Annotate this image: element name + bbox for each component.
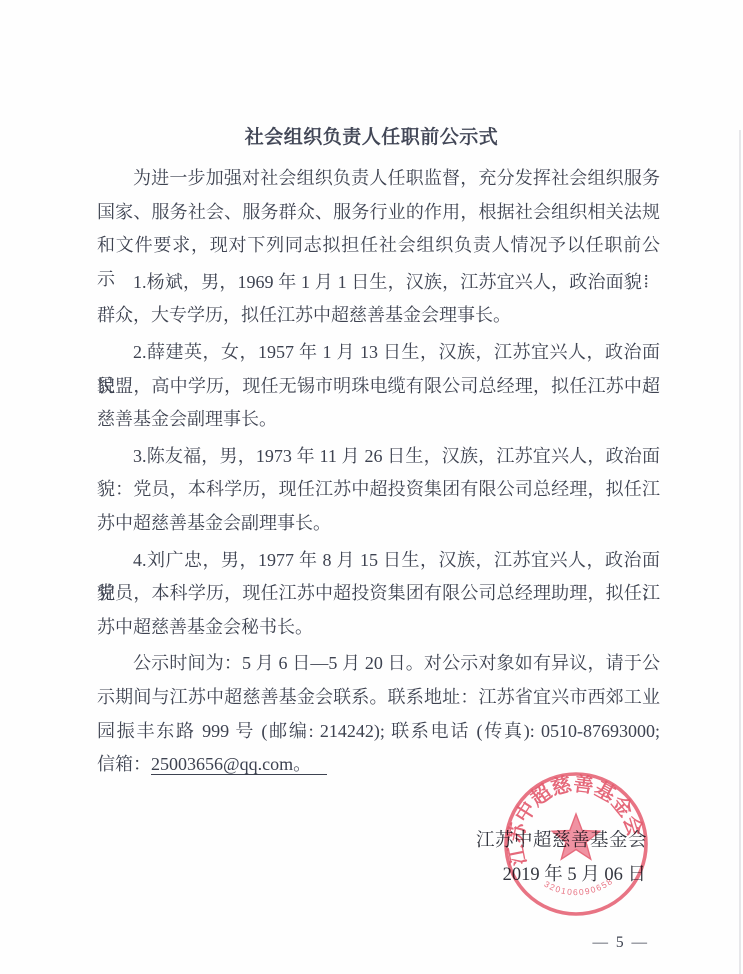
text-line: 3.陈友福，男，1973 年 11 月 26 日生，汉族，江苏宜兴人，政治面: [97, 440, 660, 474]
text-line: 貌：党员，本科学历，现任江苏中超投资集团有限公司总经理，拟任江: [97, 473, 660, 507]
text-line: 苏中超慈善基金会秘书长。: [97, 611, 660, 645]
email-label: 信箱：: [97, 754, 151, 774]
scanned-document-page: 社会组织负责人任职前公示式 为进一步加强对社会组织负责人任职监督，充分发挥社会组…: [0, 0, 743, 974]
seal-serial-number: 320106090658: [543, 875, 616, 897]
document-body: 为进一步加强对社会组织负责人任职监督，充分发挥社会组织服务 国家、服务社会、服务…: [97, 162, 660, 785]
text-line: 慈善基金会副理事长。: [97, 403, 660, 437]
official-red-seal: 江苏中超慈善基金会 320106090658: [493, 761, 659, 927]
text-line: 苏中超慈善基金会副理事长。: [97, 507, 660, 541]
text-line: 2.薛建英，女，1957 年 1 月 13 日生，汉族，江苏宜兴人，政治面貌：: [97, 336, 660, 370]
document-title: 社会组织负责人任职前公示式: [0, 124, 743, 152]
paragraph-person-2: 2.薛建英，女，1957 年 1 月 13 日生，汉族，江苏宜兴人，政治面貌： …: [97, 336, 660, 437]
page-number: — 5 —: [593, 934, 650, 952]
email-address: 25003656@qq.com。: [151, 754, 327, 775]
text-line: 园振丰东路 999 号 (邮编: 214242); 联系电话 (传真): 051…: [97, 715, 660, 749]
text-line: 1.杨斌，男，1969 年 1 月 1 日生，汉族，江苏宜兴人，政治面貌：: [97, 266, 660, 300]
paragraph-person-4: 4.刘广忠，男，1977 年 8 月 15 日生，汉族，江苏宜兴人，政治面貌： …: [97, 544, 660, 645]
svg-text:320106090658: 320106090658: [543, 875, 616, 897]
text-line: 国家、服务社会、服务群众、服务行业的作用，根据社会组织相关法规: [97, 196, 660, 230]
seal-star-icon: [552, 814, 600, 859]
text-line: 为进一步加强对社会组织负责人任职监督，充分发挥社会组织服务: [97, 162, 660, 196]
text-line: 公示时间为：5 月 6 日—5 月 20 日。对公示对象如有异议，请于公: [97, 647, 660, 681]
text-line: 群众，大专学历，拟任江苏中超慈善基金会理事长。: [97, 299, 660, 333]
scan-edge-line: [739, 130, 741, 974]
paragraph-intro: 为进一步加强对社会组织负责人任职监督，充分发挥社会组织服务 国家、服务社会、服务…: [97, 162, 660, 263]
text-line: 示期间与江苏中超慈善基金会联系。联系地址：江苏省宜兴市西郊工业: [97, 681, 660, 715]
text-line: 民盟，高中学历，现任无锡市明珠电缆有限公司总经理，拟任江苏中超: [97, 370, 660, 404]
paragraph-person-1: 1.杨斌，男，1969 年 1 月 1 日生，汉族，江苏宜兴人，政治面貌： 群众…: [97, 266, 660, 333]
text-line: 4.刘广忠，男，1977 年 8 月 15 日生，汉族，江苏宜兴人，政治面貌：: [97, 544, 660, 578]
text-line: 党员，本科学历，现任江苏中超投资集团有限公司总经理助理，拟任江: [97, 577, 660, 611]
paragraph-person-3: 3.陈友福，男，1973 年 11 月 26 日生，汉族，江苏宜兴人，政治面 貌…: [97, 440, 660, 541]
text-line: 和文件要求，现对下列同志拟担任社会组织负责人情况予以任职前公示：: [97, 229, 660, 263]
